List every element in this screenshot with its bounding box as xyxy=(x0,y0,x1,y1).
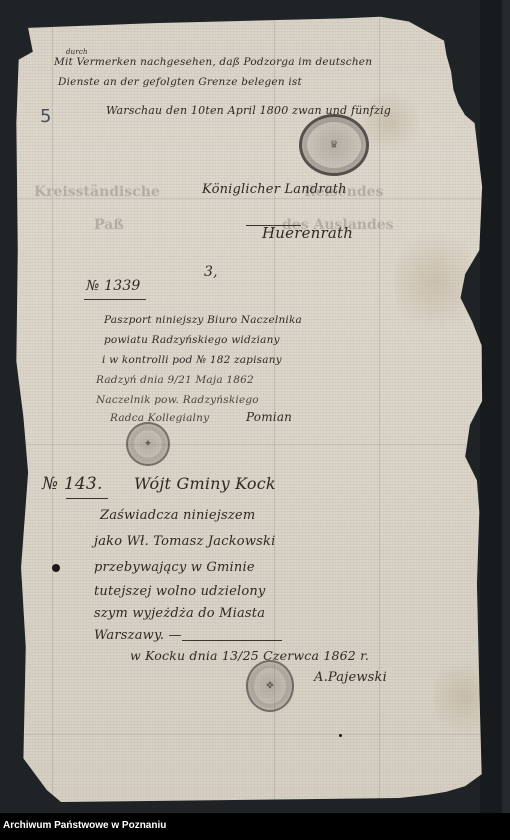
handwriting-line: tutejszej wolno udzielony xyxy=(94,584,265,599)
fold-line xyxy=(14,444,484,445)
fold-line xyxy=(14,734,484,735)
fold-line xyxy=(52,12,53,806)
eagle-icon: ✦ xyxy=(144,439,152,450)
signature: Pomian xyxy=(246,410,292,424)
handwriting-line: Zaświadcza niniejszem xyxy=(100,508,255,523)
document-viewer: Kreisständische Reisendes Paß des Auslan… xyxy=(0,0,510,813)
archive-caption: Archiwum Państwowe w Poznaniu xyxy=(3,820,166,831)
number-mark: 3, xyxy=(204,264,218,280)
caption-bar: Archiwum Państwowe w Poznaniu xyxy=(0,813,510,840)
official-seal-prussian: ♛ xyxy=(299,114,369,176)
handwriting-line: szym wyjeżdża do Miasta xyxy=(94,606,265,621)
visa-number: № 1339 xyxy=(86,278,141,294)
viewer-scroll-edge[interactable] xyxy=(502,0,510,813)
printed-form-text: Kreisständische xyxy=(34,184,160,200)
handwriting-line: Paszport niniejszy Biuro Naczelnika xyxy=(104,314,302,326)
eagle-icon: ❖ xyxy=(266,681,275,692)
entry-heading: Wójt Gminy Kock xyxy=(134,474,276,493)
official-seal-round: ✦ xyxy=(126,422,170,466)
handwriting-line: powiatu Radzyńskiego widziany xyxy=(104,334,280,346)
paper-stain xyxy=(394,222,474,342)
dash-line xyxy=(182,640,282,641)
page-number-pencil: 5 xyxy=(40,106,51,127)
printed-form-text: Paß xyxy=(94,217,124,233)
handwriting-line: przebywający w Gminie xyxy=(94,560,255,575)
handwriting-line: Naczelnik pow. Radzyńskiego xyxy=(96,394,259,406)
crown-eagle-icon: ♛ xyxy=(330,140,339,151)
ink-blot xyxy=(339,734,342,737)
handwriting-superscript: durch xyxy=(66,48,88,56)
handwriting-line: Radzyń dnia 9/21 Maja 1862 xyxy=(96,374,254,386)
handwriting-line: jako Wł. Tomasz Jackowski xyxy=(94,534,275,549)
signature: A.Pajewski xyxy=(314,670,387,685)
official-seal-kock: ❖ xyxy=(246,660,294,712)
date-line: w Kocku dnia 13/25 Czerwca 1862 r. xyxy=(130,648,369,663)
signature-title: Königlicher Landrath xyxy=(202,182,347,197)
scanned-document-page: Kreisständische Reisendes Paß des Auslan… xyxy=(14,12,484,806)
ink-blot xyxy=(52,564,60,572)
handwriting-line: Warszawy. — xyxy=(94,628,182,643)
handwriting-line: Mit Vermerken nachgesehen, daß Podzorga … xyxy=(54,56,372,68)
underline xyxy=(84,299,146,300)
signature: Huerenrath xyxy=(262,224,353,242)
entry-number: № 143. xyxy=(42,474,103,494)
handwriting-line: Warschau den 10ten April 1800 zwan und f… xyxy=(106,104,391,117)
handwriting-line: i w kontrolli pod № 182 zapisany xyxy=(102,354,282,366)
handwriting-line: Dienste an der gefolgten Grenze belegen … xyxy=(58,76,302,88)
handwriting-line: Radca Kollegialny xyxy=(110,412,209,424)
underline xyxy=(66,498,108,499)
